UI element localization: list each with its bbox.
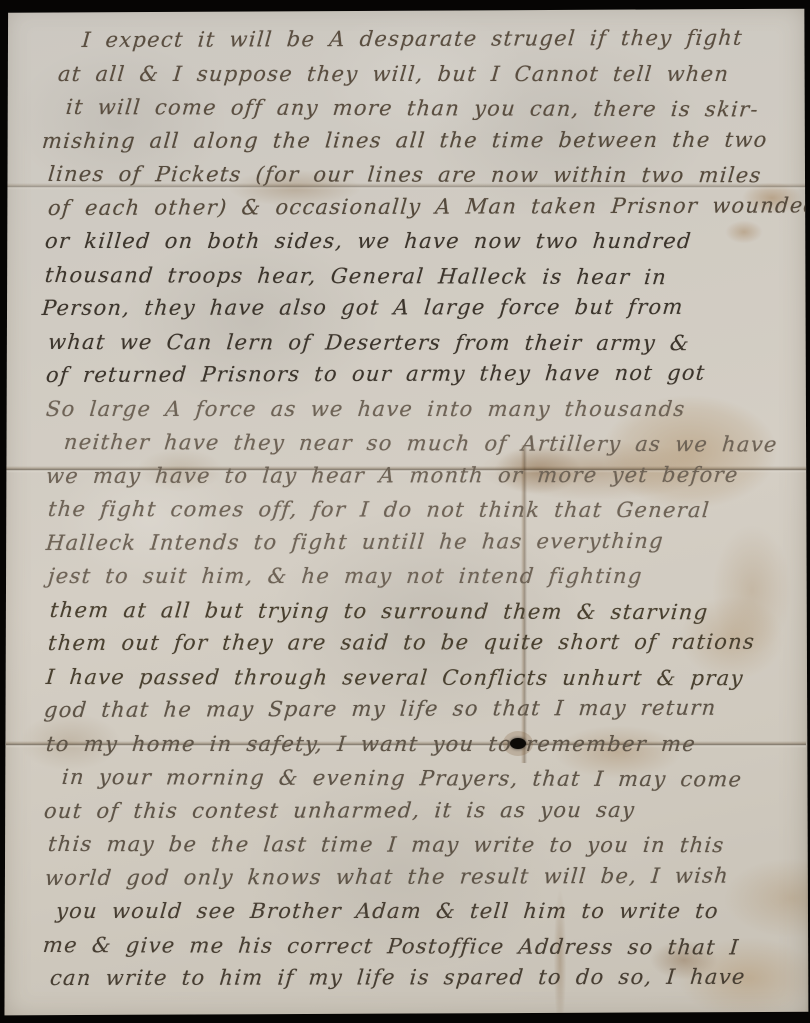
handwritten-line: god that he may Spare my life so that I … [43, 691, 798, 727]
handwritten-line: them out for they are said to be quite s… [47, 626, 798, 661]
handwritten-line: out of this contest unharmed, it is as y… [43, 793, 798, 828]
handwritten-line: it will come off any more than you can, … [64, 91, 797, 127]
handwritten-line: world god only knows what the result wil… [44, 859, 798, 895]
handwritten-line: them at all but trying to surround them … [48, 594, 797, 630]
handwritten-line: of returned Prisnors to our army they ha… [45, 356, 798, 392]
handwritten-line: thousand troops hear, General Halleck is… [43, 259, 797, 295]
handwritten-line: mishing all along the lines all the time… [41, 123, 798, 158]
handwritten-line: lines of Pickets (for our lines are now … [47, 158, 798, 193]
handwritten-line: or killed on both sides, we have now two… [44, 225, 798, 259]
handwritten-line: I expect it will be A desparate strugel … [81, 22, 798, 58]
letter-paper: I expect it will be A desparate strugel … [0, 0, 810, 1023]
handwritten-line: Halleck Intends to fight untill he has e… [45, 524, 798, 560]
handwritten-line: So large A force as we have into many th… [45, 393, 798, 427]
handwritten-line: we may have to lay hear A month or more … [45, 458, 798, 493]
scanned-letter-page: I expect it will be A desparate strugel … [0, 0, 810, 1023]
letter-body: I expect it will be A desparate strugel … [40, 24, 796, 996]
handwritten-line: this may be the last time I may write to… [47, 828, 798, 863]
handwritten-line: in your morning & evening Prayers, that … [60, 761, 797, 797]
handwritten-line: neither have they near so much of Artill… [62, 426, 797, 462]
handwritten-line: you would see Brother Adam & tell him to… [55, 895, 798, 929]
handwritten-line: Person, they have also got A large force… [41, 291, 798, 326]
handwritten-line: what we Can lern of Deserters from their… [47, 326, 798, 361]
handwritten-line: I have passed through several Conflicts … [45, 661, 798, 696]
handwritten-line: of each other) & occasionally A Man take… [47, 189, 798, 225]
handwritten-line: can write to him if my life is spared to… [49, 961, 798, 996]
handwritten-line: jest to suit him, & he may not intend fi… [47, 560, 798, 594]
handwritten-line: me & give me his correct Postoffice Addr… [41, 929, 797, 965]
handwritten-line: at all & I suppose they will, but I Cann… [57, 58, 798, 92]
handwritten-line: to my home in safety, I want you to reme… [45, 728, 798, 762]
handwritten-line: the fight comes off, for I do not think … [47, 493, 798, 528]
